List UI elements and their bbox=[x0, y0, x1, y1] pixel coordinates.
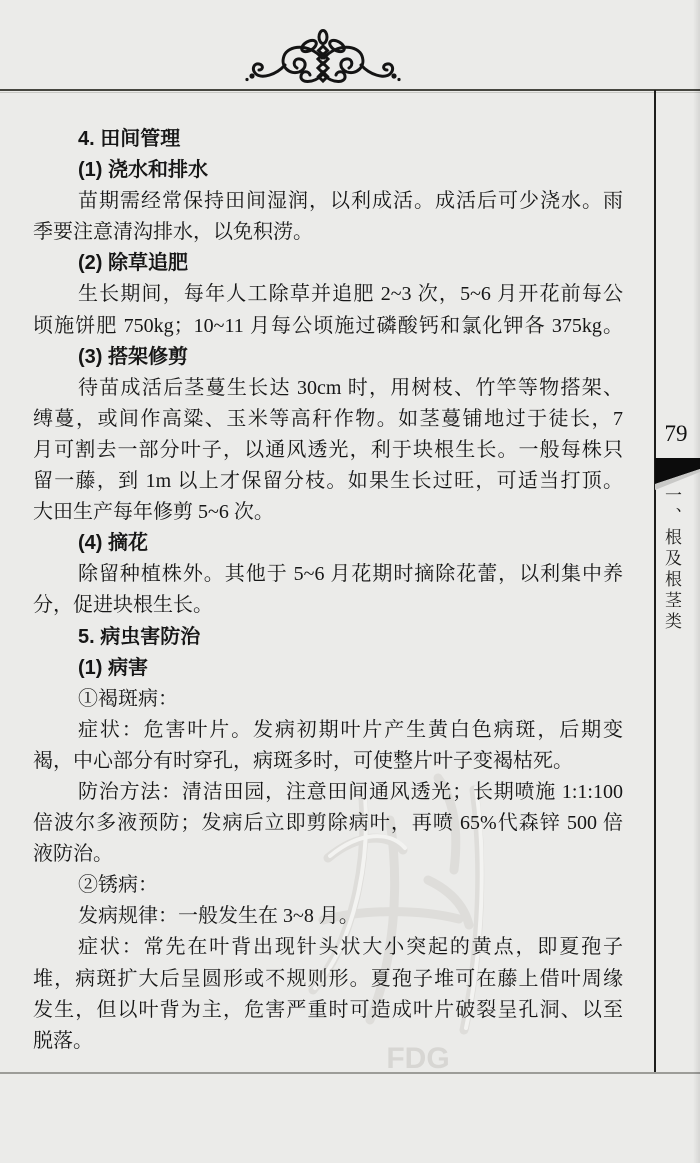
body-text-line: 留一藤，到 1m 以上才保留分枝。如果生长过旺，可适当打顶。 bbox=[33, 466, 623, 497]
body-text-line: 月可割去一部分叶子，以通风透光，利于块根生长。一般每株只 bbox=[33, 435, 623, 466]
main-text-block: 4. 田间管理 (1) 浇水和排水 苗期需经常保持田间湿润，以利成活。成活后可少… bbox=[33, 124, 623, 1057]
body-text-line: 脱落。 bbox=[33, 1026, 623, 1057]
flourish-ornament-icon bbox=[243, 28, 403, 90]
side-tab-label: 一、根及根茎类 bbox=[659, 486, 684, 633]
heading-line: 5. 病虫害防治 bbox=[33, 622, 623, 653]
page-number: 79 bbox=[652, 421, 700, 447]
bottom-divider bbox=[0, 1072, 700, 1074]
body-text-line: 褐，中心部分有时穿孔，病斑多时，可使整片叶子变褐枯死。 bbox=[33, 746, 623, 777]
heading-line: (2) 除草追肥 bbox=[33, 248, 623, 279]
body-text-line: 液防治。 bbox=[33, 839, 623, 870]
top-divider-shadow bbox=[0, 92, 700, 93]
book-page: FDG 4. 田间管理 (1) 浇水和排水 bbox=[0, 0, 700, 1163]
body-text-line: 待苗成活后茎蔓生长达 30cm 时，用树枝、竹竿等物搭架、 bbox=[33, 373, 623, 404]
heading-line: (1) 浇水和排水 bbox=[33, 155, 623, 186]
body-text-line: 顷施饼肥 750kg；10~11 月每公顷施过磷酸钙和氯化钾各 375kg。 bbox=[33, 311, 623, 342]
body-text-line: 除留种植株外。其他于 5~6 月花期时摘除花蕾，以利集中养 bbox=[33, 559, 623, 590]
body-text-line: 生长期间，每年人工除草并追肥 2~3 次，5~6 月开花前每公 bbox=[33, 279, 623, 310]
heading-line: (3) 搭架修剪 bbox=[33, 342, 623, 373]
top-divider bbox=[0, 89, 700, 91]
body-text-line: ②锈病： bbox=[33, 870, 623, 901]
body-text-line: 分，促进块根生长。 bbox=[33, 590, 623, 621]
body-text-line: 防治方法：清洁田园，注意田间通风透光；长期喷施 1:1:100 bbox=[33, 777, 623, 808]
heading-line: 4. 田间管理 bbox=[33, 124, 623, 155]
page-edge-shadow bbox=[693, 0, 700, 1163]
body-text-line: 发病规律：一般发生在 3~8 月。 bbox=[33, 901, 623, 932]
body-text-line: 缚蔓，或间作高粱、玉米等高秆作物。如茎蔓铺地过于徒长，7 bbox=[33, 404, 623, 435]
body-text-line: 症状：常先在叶背出现针头状大小突起的黄点，即夏孢子 bbox=[33, 932, 623, 963]
body-text-line: 大田生产每年修剪 5~6 次。 bbox=[33, 497, 623, 528]
vertical-margin-divider bbox=[654, 90, 656, 1074]
body-text-line: 苗期需经常保持田间湿润，以利成活。成活后可少浇水。雨 bbox=[33, 186, 623, 217]
body-text-line: 季要注意清沟排水，以免积涝。 bbox=[33, 217, 623, 248]
body-text-line: ①褐斑病： bbox=[33, 684, 623, 715]
body-text-line: 倍波尔多液预防；发病后立即剪除病叶，再喷 65%代森锌 500 倍 bbox=[33, 808, 623, 839]
heading-line: (4) 摘花 bbox=[33, 528, 623, 559]
body-text-line: 堆，病斑扩大后呈圆形或不规则形。夏孢子堆可在藤上借叶周缘 bbox=[33, 964, 623, 995]
heading-line: (1) 病害 bbox=[33, 653, 623, 684]
body-text-line: 发生，但以叶背为主，危害严重时可造成叶片破裂呈孔洞、以至 bbox=[33, 995, 623, 1026]
body-text-line: 症状：危害叶片。发病初期叶片产生黄白色病斑，后期变 bbox=[33, 715, 623, 746]
